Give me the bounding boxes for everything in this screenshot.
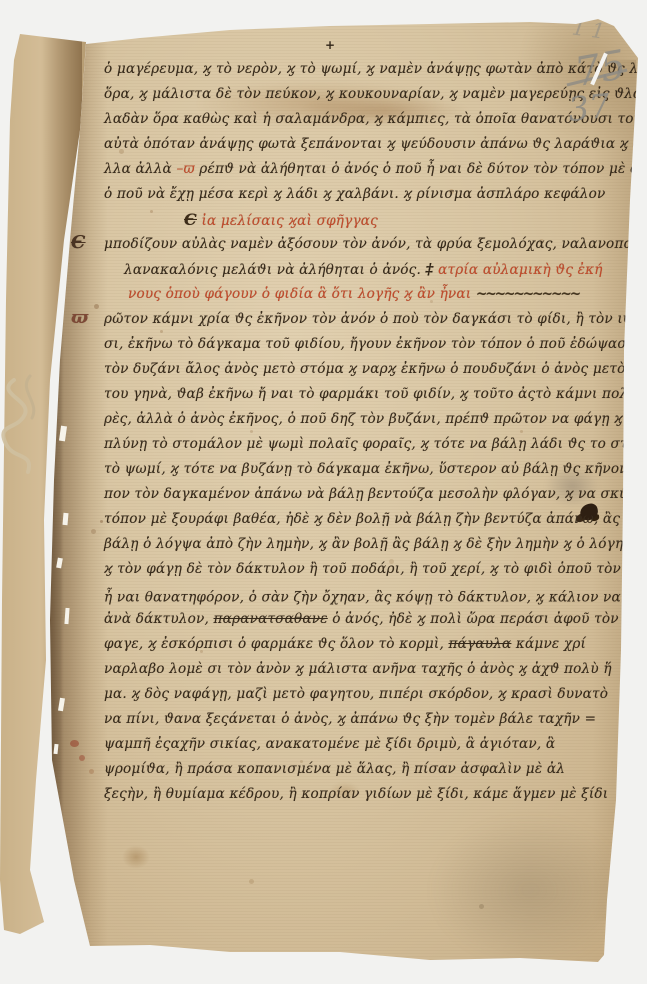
manuscript-line: λανακαλόνις μελάϑι νὰ ἀλήθηται ὁ ἀνός. ‡… <box>104 257 616 282</box>
stain <box>430 815 630 965</box>
manuscript-line: ἦ ναι θανατηφόρον, ὁ σὰν ζὴν ὄχηαν, ἂς κ… <box>104 582 616 607</box>
handwritten-text: σι, ἐκῆνω τὸ δάγκαμα τοῦ φιδίου, ἤγουν ἐ… <box>104 336 647 352</box>
manuscript-line: λαδὰν ὅρα καθὼς καὶ ἡ σαλαμάνδρα, ϗ κάμπ… <box>104 107 616 132</box>
manuscript-line: ὅρα, ϗ μάλιστα δὲ τὸν πεύκον, ϗ κουκουνα… <box>104 82 616 107</box>
handwritten-text: ὁ ποῦ νὰ ἔχῃ μέσα κερὶ ϗ λάδι ϗ χαλβάνι.… <box>104 186 605 202</box>
handwritten-text: να πίνι, ϑανα ξεςάνεται ὁ ἀνὸς, ϗ ἀπάνω … <box>104 711 596 727</box>
handwritten-text: τόπον μὲ ξουράφι βαθέα, ἠδὲ ϗ δὲν βολῇ ν… <box>104 511 647 527</box>
stain <box>70 740 79 747</box>
paragraph-mark: ϖ <box>71 305 88 330</box>
manuscript-page: ὁ μαγέρευμα, ϗ τὸ νερὸν, ϗ τὸ ψωμί, ϗ να… <box>0 0 647 984</box>
manuscript-line: ὁ ποῦ νὰ ἔχῃ μέσα κερὶ ϗ λάδι ϗ χαλβάνι.… <box>104 182 616 207</box>
handwritten-text: ὁ ἀνός, ἠδὲ ϗ πολὶ ὥρα περάσι ἀφοῦ τὸν ἔ <box>328 611 631 627</box>
handwritten-text: ρὲς, ἀλλὰ ὁ ἀνὸς ἐκῆνος, ὁ ποῦ δηζ τὸν β… <box>104 411 647 427</box>
paragraph-mark: Є <box>71 230 86 255</box>
manuscript-line: αὐτὰ ὁπόταν ἀνάψῃς φωτὰ ξεπάνονται ϗ ψεύ… <box>104 132 616 157</box>
manuscript-line: ϗ τὸν φάγῃ δὲ τὸν δάκτυλον ἢ τοῦ ποδάρι,… <box>104 557 616 582</box>
manuscript-line: βάλῃ ὁ λόγψα ἀπὸ ζὴν λημὴν, ϗ ἂν βολῇ ἂς… <box>104 532 616 557</box>
handwritten-text: ὁ μαγέρευμα, ϗ τὸ νερὸν, ϗ τὸ ψωμί, ϗ να… <box>104 61 647 77</box>
manuscript-line: ὁ μαγέρευμα, ϗ τὸ νερὸν, ϗ τὸ ψωμί, ϗ να… <box>104 57 616 82</box>
handwritten-text: ‡ <box>426 260 434 278</box>
manuscript-line: να πίνι, ϑανα ξεςάνεται ὁ ἀνὸς, ϗ ἀπάνω … <box>104 707 616 732</box>
handwritten-text: του γηνὰ, ϑαβ ἐκῆνω ἤ ναι τὸ φαρμάκι τοῦ… <box>104 386 647 402</box>
handwritten-text: πάγαυλα <box>449 636 512 652</box>
faint-pencil-mark: 11 <box>571 15 613 44</box>
handwritten-text: Є <box>184 210 197 229</box>
manuscript-line: ρὲς, ἀλλὰ ὁ ἀνὸς ἐκῆνος, ὁ ποῦ δηζ τὸν β… <box>104 407 616 432</box>
manuscript-line: τόπον μὲ ξουράφι βαθέα, ἠδὲ ϗ δὲν βολῇ ν… <box>104 507 616 532</box>
handwritten-text: πον τὸν δαγκαμένον ἀπάνω νὰ βάλῃ βεντούζ… <box>104 486 647 502</box>
handwritten-text: ρέπϑ νὰ ἀλήθηται ὁ ἀνός ὁ ποῦ ἦ ναι δὲ δ… <box>195 161 647 177</box>
handwritten-text: τὸν δυζάνι ἄλος ἀνὸς μετὸ στόμα ϗ ναρϗ ἐ… <box>104 361 647 377</box>
handwritten-text: λαδὰν ὅρα καθὼς καὶ ἡ σαλαμάνδρα, ϗ κάμπ… <box>104 111 647 127</box>
stitch-hole <box>62 513 68 525</box>
manuscript-line: λλα ἀλλὰ –ϖ ρέπϑ νὰ ἀλήθηται ὁ ἀνός ὁ πο… <box>104 157 616 182</box>
manuscript-line: Є ἰα μελίσαις ϗαὶ σφῆγγας <box>104 207 616 232</box>
handwritten-text: τὸ ψωμί, ϗ τότε να βυζάνῃ τὸ δάγκαμα ἐκῆ… <box>104 461 647 477</box>
manuscript-line: ναρλαβο λομὲ σι τὸν ἀνὸν ϗ μάλιστα ανῆνα… <box>104 657 616 682</box>
manuscript-line: ϖρῶτον κάμνι χρία ϑς ἐκῆνον τὸν ἀνόν ὁ π… <box>104 307 616 332</box>
manuscript-line: μα. ϗ δὸς ναφάγῃ, μαζὶ μετὸ φαγητου, πιπ… <box>104 682 616 707</box>
text-block: ὁ μαγέρευμα, ϗ τὸ νερὸν, ϗ τὸ ψωμί, ϗ να… <box>104 57 616 807</box>
handwritten-text: ξεςὴν, ἢ θυμίαμα κέδρου, ἢ κοπρίαν γιδίω… <box>104 786 608 802</box>
handwritten-text: μα. ϗ δὸς ναφάγῃ, μαζὶ μετὸ φαγητου, πιπ… <box>104 686 608 702</box>
handwritten-text: παρανατσαθανε <box>214 611 328 627</box>
binding-thread <box>0 372 70 492</box>
manuscript-line: πον τὸν δαγκαμένον ἀπάνω νὰ βάλῃ βεντούζ… <box>104 482 616 507</box>
handwritten-text: ἦ ναι θανατηφόρον, ὁ σὰν ζὴν ὄχηαν, ἂς κ… <box>104 590 646 606</box>
handwritten-text: κάμνε χρί <box>511 636 586 652</box>
rubricated-text: ἰα μελίσαις ϗαὶ σφῆγγας <box>197 213 378 229</box>
handwritten-text: ψαμπῆ ἐςαχῆν σικίας, ανακατομένε μὲ ξίδι… <box>104 736 555 752</box>
manuscript-line: ξεςὴν, ἢ θυμίαμα κέδρου, ἢ κοπρίαν γιδίω… <box>104 782 616 807</box>
handwritten-text: ϗ τὸν φάγῃ δὲ τὸν δάκτυλον ἢ τοῦ ποδάρι,… <box>104 561 647 577</box>
handwritten-text: ρῶτον κάμνι χρία ϑς ἐκῆνον τὸν ἀνόν ὁ πο… <box>104 311 647 327</box>
ink-cross-mark: + <box>325 38 335 52</box>
manuscript-line: πλύνῃ τὸ στομάλον μὲ ψωμὶ πολαῖς φοραῖς,… <box>104 432 616 457</box>
handwritten-text: λλα ἀλλὰ <box>104 161 176 177</box>
handwritten-text: ἀνὰ δάκτυλον, <box>104 611 214 627</box>
manuscript-line: ψαμπῆ ἐςαχῆν σικίας, ανακατομένε μὲ ξίδι… <box>104 732 616 757</box>
handwritten-text: αὐτὰ ὁπόταν ἀνάψῃς φωτὰ ξεπάνονται ϗ ψεύ… <box>104 136 647 152</box>
handwritten-text: ~~~~~~~~~~~ <box>476 286 579 302</box>
folio-number-current: 37 <box>566 86 612 129</box>
handwritten-text: φαγε, ϗ ἐσκόρπισι ὁ φαρμάκε ϑς ὅλον τὸ κ… <box>104 636 449 652</box>
manuscript-line: ἀνὰ δάκτυλον, παρανατσαθανε ὁ ἀνός, ἠδὲ … <box>104 607 616 632</box>
handwritten-text: λανακαλόνις μελάϑι νὰ ἀλήθηται ὁ ἀνός. <box>124 262 426 278</box>
handwritten-text: ναρλαβο λομὲ σι τὸν ἀνὸν ϗ μάλιστα ανῆνα… <box>104 661 612 677</box>
handwritten-text: ψρομίϑα, ἢ πράσα κοπανισμένα μὲ ἅλας, ἢ … <box>104 761 565 777</box>
manuscript-line: Єμποδίζουν αὐλὰς ναμὲν ἀξόσουν τὸν ἀνόν,… <box>104 232 616 257</box>
manuscript-line: τὸ ψωμί, ϗ τότε να βυζάνῃ τὸ δάγκαμα ἐκῆ… <box>104 457 616 482</box>
manuscript-line: του γηνὰ, ϑαβ ἐκῆνω ἤ ναι τὸ φαρμάκι τοῦ… <box>104 382 616 407</box>
manuscript-line: νους ὁποὺ φάγουν ὁ φιδία ἃ ὅτι λογῆς ϗ ἂ… <box>104 282 616 307</box>
manuscript-line: τὸν δυζάνι ἄλος ἀνὸς μετὸ στόμα ϗ ναρϗ ἐ… <box>104 357 616 382</box>
stain <box>79 755 85 761</box>
manuscript-line: ψρομίϑα, ἢ πράσα κοπανισμένα μὲ ἅλας, ἢ … <box>104 757 616 782</box>
foxing-dots <box>0 0 3 3</box>
rubricated-text: ατρία αὐλαμικὴ ϑς ἐκή <box>434 262 603 278</box>
stain <box>122 845 150 869</box>
handwritten-text: πλύνῃ τὸ στομάλον μὲ ψωμὶ πολαῖς φοραῖς,… <box>104 436 647 452</box>
rubricated-text: νους ὁποὺ φάγουν ὁ φιδία ἃ ὅτι λογῆς ϗ ἂ… <box>128 286 476 302</box>
manuscript-line: σι, ἐκῆνω τὸ δάγκαμα τοῦ φιδίου, ἤγουν ἐ… <box>104 332 616 357</box>
handwritten-text: βάλῃ ὁ λόγψα ἀπὸ ζὴν λημὴν, ϗ ἂν βολῇ ἂς… <box>104 536 647 552</box>
manuscript-line: φαγε, ϗ ἐσκόρπισι ὁ φαρμάκε ϑς ὅλον τὸ κ… <box>104 632 616 657</box>
handwritten-text: μποδίζουν αὐλὰς ναμὲν ἀξόσουν τὸν ἀνόν, … <box>104 236 647 252</box>
rubricated-text: –ϖ <box>176 161 194 177</box>
manuscript-scan: ὁ μαγέρευμα, ϗ τὸ νερὸν, ϗ τὸ ψωμί, ϗ να… <box>0 0 647 984</box>
